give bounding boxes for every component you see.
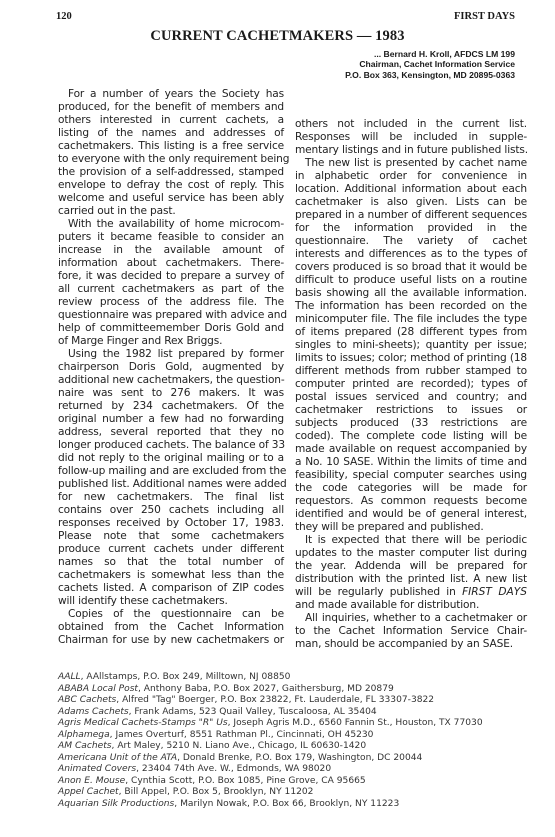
text-line: follow-up mailing and are excluded from … xyxy=(58,465,284,478)
text-line: singles to mini-sheets); quantity per is… xyxy=(295,339,527,352)
cachetmaker-details: , Cynthia Scott, P.O. Box 1085, Pine Gro… xyxy=(125,776,365,786)
text-line: basis showing all the available informat… xyxy=(295,287,527,300)
cachetmaker-details: , James Overturf, 8551 Rathman Pl., Cinc… xyxy=(110,730,374,740)
text-line: help of committeemember Doris Gold and xyxy=(58,322,284,335)
cachet-name: Aquarian Silk Productions xyxy=(58,799,174,809)
text-line: questionnaire was prepared with advice a… xyxy=(58,309,284,322)
text-line: minicomputer file. The file includes the… xyxy=(295,313,527,326)
cachet-name: AM Cachets xyxy=(58,741,112,751)
cachetmaker-details: , Art Maley, 5210 N. Liano Ave., Chicago… xyxy=(112,741,367,751)
cachetmaker-details: , 23404 74th Ave. W., Edmonds, WA 98020 xyxy=(136,764,331,774)
text-line: made available on request accompanied by xyxy=(295,443,527,456)
text-line: of items prepared (28 different types fr… xyxy=(295,326,527,339)
text-line: naire was sent to 276 makers. It was xyxy=(58,387,284,400)
byline-role: Chairman, Cachet Information Service xyxy=(345,59,515,69)
text-line: location. Additional information about e… xyxy=(295,183,527,196)
text-line: cachetmakers. This listing is a free ser… xyxy=(58,140,284,153)
text-line: in alphabetic order for convenience in xyxy=(295,170,527,183)
text-line: coded). The complete code listing will b… xyxy=(295,430,527,443)
text-line: additional new cachetmakers, the questio… xyxy=(58,374,284,387)
text-line: With the availability of home microcom- xyxy=(58,218,284,231)
running-head: FIRST DAYS xyxy=(454,11,515,22)
article-title: CURRENT CACHETMAKERS — 1983 xyxy=(0,28,555,45)
text-line: the code categories will be made for xyxy=(295,482,527,495)
text-line: subjects produced (33 restrictions are xyxy=(295,417,527,430)
text-line: names so that the total number of xyxy=(58,556,284,569)
text-line: will identify these cachetmakers. xyxy=(58,595,284,608)
text-line: man, should be accompanied by an SASE. xyxy=(295,638,527,651)
text-line: postal issues serviced and country; and xyxy=(295,391,527,404)
text-line: returned by 234 cachetmakers. Of the xyxy=(58,400,284,413)
text-line: requestors. As common requests become xyxy=(295,495,527,508)
text-line: The new list is presented by cachet name xyxy=(295,157,527,170)
cachet-name: Anon E. Mouse xyxy=(58,776,125,786)
listing-entry: Alphamega, James Overturf, 8551 Rathman … xyxy=(58,730,538,742)
cachet-name: Appel Cachet xyxy=(58,787,119,797)
text-line: All inquiries, whether to a cachetmaker … xyxy=(295,612,527,625)
text-line: welcome and useful service has been ably xyxy=(58,192,284,205)
text-line: fore, it was decided to prepare a survey… xyxy=(58,270,284,283)
text-line: published list. Additional names were ad… xyxy=(58,478,284,491)
text-line: they will be prepared and published. xyxy=(295,521,527,534)
text-line: chairperson Doris Gold, augmented by xyxy=(58,361,284,374)
cachet-name: AALL xyxy=(58,672,81,682)
text-line: increase in the available amount of xyxy=(58,244,284,257)
listing-entry: Americana Unit of the ATA, Donald Brenke… xyxy=(58,753,538,765)
cachet-name: ABABA Local Post xyxy=(58,684,138,694)
text-line: review process of the address file. The xyxy=(58,296,284,309)
text-line: It is expected that there will be period… xyxy=(295,534,527,547)
text-line: produce current cachets under different xyxy=(58,543,284,556)
text-line: original number a few had no forwarding xyxy=(58,413,284,426)
publication-name: FIRST DAYS xyxy=(462,586,527,598)
text-line: listing of the names and addresses of xyxy=(58,127,284,140)
cachetmaker-details: , Frank Adams, 523 Quail Valley, Tuscalo… xyxy=(129,707,377,717)
text-line: a No. 10 SASE. Within the limits of time… xyxy=(295,456,527,469)
cachet-name: Americana Unit of the ATA xyxy=(58,753,177,763)
listing-entry: Appel Cachet, Bill Appel, P.O. Box 5, Br… xyxy=(58,787,538,799)
text-line: updates to the master computer list duri… xyxy=(295,547,527,560)
text-line: questionnaire. The variety of cachet xyxy=(295,235,527,248)
text-line: others interested in current cachets, a xyxy=(58,114,284,127)
cachetmaker-details: , Donald Brenke, P.O. Box 179, Washingto… xyxy=(177,753,422,763)
text-line: interests and differences as to the type… xyxy=(295,248,527,261)
text-line: responses received by October 17, 1983. xyxy=(58,517,284,530)
text-line: cachetmaker is also given. Lists can be xyxy=(295,196,527,209)
text-line: difficult to produce useful lists on a r… xyxy=(295,274,527,287)
cachet-name: Alphamega xyxy=(58,730,110,740)
text-line: did not reply to the original mailing or… xyxy=(58,452,284,465)
text-line: will be regularly published in FIRST DAY… xyxy=(295,586,527,599)
text-line: for new cachetmakers. The final list xyxy=(58,491,284,504)
text-line: envelope to defray the cost of reply. Th… xyxy=(58,179,284,192)
text-line: cachetmaker restrictions to issues or xyxy=(295,404,527,417)
text-line: to the Cachet Information Service Chair- xyxy=(295,625,527,638)
text-line: puters it became feasible to consider an xyxy=(58,231,284,244)
text-line: cachetmakers is somewhat less than the xyxy=(58,569,284,582)
text-line: distribution with the printed list. A ne… xyxy=(295,573,527,586)
cachet-name: Animated Covers xyxy=(58,764,136,774)
cachetmaker-details: , Anthony Baba, P.O. Box 2027, Gaithersb… xyxy=(138,684,394,694)
text-line: covers produced is so broad that it woul… xyxy=(295,261,527,274)
text-line: feasibility, special computer searches u… xyxy=(295,469,527,482)
text-line: different methods from rubber stamped to xyxy=(295,365,527,378)
right-column: others not included in the current list.… xyxy=(295,118,527,651)
text-line: Copies of the questionnaire can be xyxy=(58,608,284,621)
text-line: For a number of years the Society has xyxy=(58,88,284,101)
text-line: and made available for distribution. xyxy=(295,599,527,612)
listing-entry: Adams Cachets, Frank Adams, 523 Quail Va… xyxy=(58,707,538,719)
text-line: limits to issues; color; method of print… xyxy=(295,352,527,365)
text-line: produced, for the benefit of members and xyxy=(58,101,284,114)
text-line: mentary listings and in future published… xyxy=(295,144,527,157)
text-line: the year. Addenda will be prepared for xyxy=(295,560,527,573)
cachetmaker-details: , Alfred "Tag" Boerger, P.O. Box 23822, … xyxy=(116,695,434,705)
byline: ... Bernard H. Kroll, AFDCS LM 199 Chair… xyxy=(345,49,515,80)
left-column: For a number of years the Society haspro… xyxy=(58,88,284,647)
listing-entry: ABABA Local Post, Anthony Baba, P.O. Box… xyxy=(58,684,538,696)
text-line: of Marge Finger and Rex Briggs. xyxy=(58,335,284,348)
text-line: cachets listed. A comparison of ZIP code… xyxy=(58,582,284,595)
text-line: information about cachetmakers. There- xyxy=(58,257,284,270)
text-line: longer produced cachets. The balance of … xyxy=(58,439,284,452)
text-line: the provision of a self-addressed, stamp… xyxy=(58,166,284,179)
text-line: The information has been recorded on the xyxy=(295,300,527,313)
listing-entry: Anon E. Mouse, Cynthia Scott, P.O. Box 1… xyxy=(58,776,538,788)
text-line: identified and would be of general inter… xyxy=(295,508,527,521)
listing-entry: ABC Cachets, Alfred "Tag" Boerger, P.O. … xyxy=(58,695,538,707)
text-line: Chairman for use by new cachetmakers or xyxy=(58,634,284,647)
text-line: for the information provided in the xyxy=(295,222,527,235)
text-line: to everyone with the only requirement be… xyxy=(58,153,284,166)
listing-entry: AM Cachets, Art Maley, 5210 N. Liano Ave… xyxy=(58,741,538,753)
text-line: Responses will be included in supple- xyxy=(295,131,527,144)
text-line: obtained from the Cachet Information xyxy=(58,621,284,634)
listing-entry: AALL, AAllstamps, P.O. Box 249, Milltown… xyxy=(58,672,538,684)
text-line: others not included in the current list. xyxy=(295,118,527,131)
text-line: Please note that some cachetmakers xyxy=(58,530,284,543)
text-line: address, several reported that they no xyxy=(58,426,284,439)
text-line: Using the 1982 list prepared by former xyxy=(58,348,284,361)
listing-entry: Agris Medical Cachets-Stamps "R" Us, Jos… xyxy=(58,718,538,730)
text-line: carried out in the past. xyxy=(58,205,284,218)
cachet-name: ABC Cachets xyxy=(58,695,116,705)
cachetmaker-details: , Joseph Agris M.D., 6560 Fannin St., Ho… xyxy=(228,718,483,728)
listing-entry: Animated Covers, 23404 74th Ave. W., Edm… xyxy=(58,764,538,776)
text-line: contains over 250 cachets including all xyxy=(58,504,284,517)
cachetmaker-details: , Marilyn Nowak, P.O. Box 66, Brooklyn, … xyxy=(174,799,399,809)
text-line: all current cachetmakers as part of the xyxy=(58,283,284,296)
text-line: prepared in a number of different sequen… xyxy=(295,209,527,222)
cachetmaker-details: , AAllstamps, P.O. Box 249, Milltown, NJ… xyxy=(81,672,291,682)
cachet-name: Adams Cachets xyxy=(58,707,129,717)
byline-author: ... Bernard H. Kroll, AFDCS LM 199 xyxy=(345,49,515,59)
listing-entry: Aquarian Silk Productions, Marilyn Nowak… xyxy=(58,799,538,811)
cachet-name: Agris Medical Cachets-Stamps "R" Us xyxy=(58,718,228,728)
cachetmaker-details: , Bill Appel, P.O. Box 5, Brooklyn, NY 1… xyxy=(119,787,314,797)
text-line: computer printed are recorded); types of xyxy=(295,378,527,391)
byline-address: P.O. Box 363, Kensington, MD 20895-0363 xyxy=(345,70,515,80)
page-number: 120 xyxy=(56,11,72,22)
cachetmaker-listing: AALL, AAllstamps, P.O. Box 249, Milltown… xyxy=(58,672,538,810)
